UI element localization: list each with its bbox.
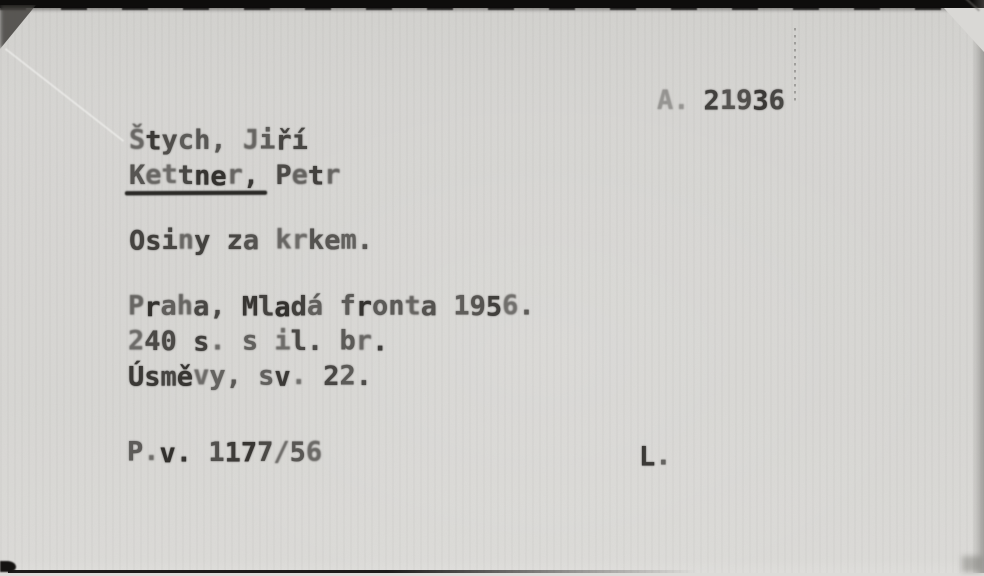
card-corner-notch-top-right: [944, 8, 984, 52]
collation-line: 240 s. s il. br.: [128, 328, 388, 355]
card-corner-shadow-top-left: [0, 5, 36, 49]
paper-grain-texture: [0, 0, 984, 576]
scanner-streaks: [0, 0, 984, 576]
paper-crease: [5, 48, 124, 142]
accession-prefix: A.: [657, 85, 690, 116]
scan-edge-right: [972, 0, 984, 576]
author-underline: [125, 191, 267, 196]
accession-number: A.21936: [592, 60, 785, 141]
author-line-1: Štych, Jiří: [129, 127, 308, 154]
cataloguer-mark: L.: [639, 443, 672, 470]
record-number: P.v. 1177/56: [127, 439, 322, 466]
accession-value: 21936: [704, 85, 785, 116]
faint-dotted-rule: [794, 28, 796, 102]
title-line: Osiny za krkem.: [129, 227, 373, 254]
smudge-bottom-right: [962, 556, 982, 572]
series-line: Úsměvy, sv. 22.: [128, 363, 372, 390]
author-line-2: Kettner, Petr: [129, 162, 340, 189]
scan-edge-bottom-blob: [0, 561, 16, 572]
scan-edge-top-ragged: [0, 7, 984, 10]
imprint-line: Praha, Mladá fronta 1956.: [128, 293, 535, 320]
catalog-card-scan: A.21936 Štych, Jiří Kettner, Petr Osiny …: [0, 0, 984, 576]
